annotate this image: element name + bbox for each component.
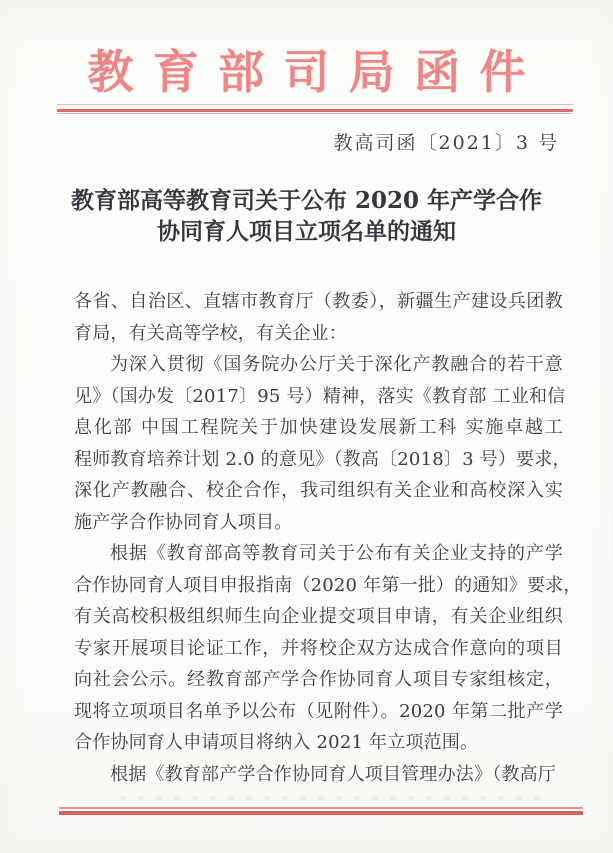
salutation-line: 各省、自治区、直辖市教育厅（教委），新疆生产建设兵团教 [74, 286, 563, 318]
scan-artifact [120, 796, 550, 800]
notice-title-line: 教育部高等教育司关于公布 2020 年产学合作 [0, 185, 613, 216]
header-rule [57, 104, 573, 114]
paragraph-line: 为深入贯彻《国务院办公厅关于深化产教融合的若干意 [74, 349, 563, 381]
paragraph-line: 施产学合作协同育人项目。 [74, 507, 563, 539]
paragraph-line: 息化部 中国工程院关于加快建设发展新工科 实施卓越工 [74, 412, 563, 444]
body-text: 各省、自治区、直辖市教育厅（教委），新疆生产建设兵团教 育局，有关高等学校，有关… [74, 286, 563, 790]
masthead-title: 教育部司局函件 [0, 36, 613, 102]
paragraph-line: 有关高校积极组织师生向企业提交项目申请，有关企业组织 [74, 601, 563, 633]
paragraph-line: 专家开展项目论证工作，并将校企双方达成合作意向的项目 [74, 633, 563, 665]
salutation-line: 育局，有关高等学校，有关企业： [74, 318, 563, 350]
footer-rule [59, 807, 583, 815]
doc-number: 教高司函〔2021〕3 号 [334, 128, 559, 155]
paragraph-line: 向社会公示。经教育部产学合作协同育人项目专家组核定， [74, 664, 563, 696]
paragraph-line: 程师教育培养计划 2.0 的意见》（教高〔2018〕3 号）要求， [74, 444, 563, 476]
document-page: 教育部司局函件 教高司函〔2021〕3 号 教育部高等教育司关于公布 2020 … [0, 0, 613, 853]
notice-title: 教育部高等教育司关于公布 2020 年产学合作 协同育人项目立项名单的通知 [0, 185, 613, 247]
paragraph-line: 合作协同育人项目申报指南（2020 年第一批）的通知》要求， [74, 570, 563, 602]
paragraph-line: 根据《教育部高等教育司关于公布有关企业支持的产学 [74, 538, 563, 570]
paragraph-line: 见》（国办发〔2017〕95 号）精神，落实《教育部 工业和信 [74, 381, 563, 413]
notice-title-line: 协同育人项目立项名单的通知 [0, 216, 613, 247]
paragraph-line: 合作协同育人申请项目将纳入 2021 年立项范围。 [74, 727, 563, 759]
paragraph-line: 深化产教融合、校企合作，我司组织有关企业和高校深入实 [74, 475, 563, 507]
paragraph-line: 现将立项项目名单予以公布（见附件）。2020 年第二批产学 [74, 696, 563, 728]
paragraph-line: 根据《教育部产学合作协同育人项目管理办法》（教高厅 [74, 759, 563, 791]
